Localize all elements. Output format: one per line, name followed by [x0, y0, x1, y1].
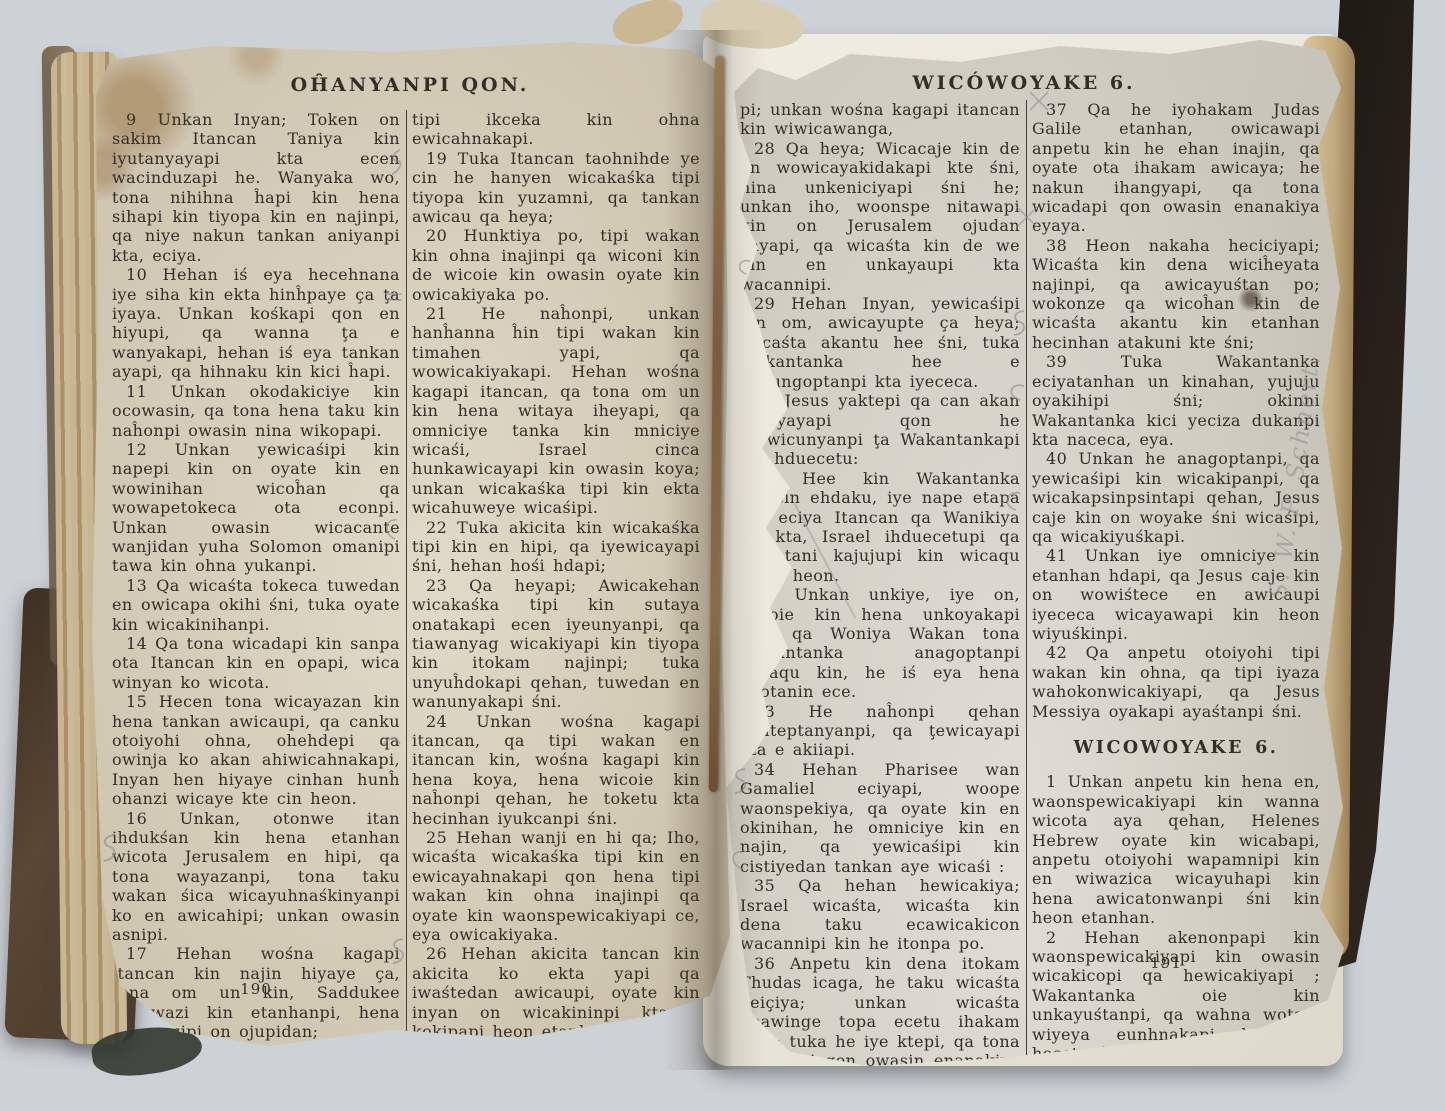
pencil-mark	[1000, 488, 1024, 514]
verse-paragraph: 22 Tuka akicita kin wicakaśka tipi kin e…	[412, 518, 700, 576]
verse-paragraph: 38 Heon nakaha heciciyapi; Wicaśta kin d…	[1032, 236, 1320, 352]
pencil-mark	[1004, 380, 1028, 404]
verse-paragraph: 21 He naĥonpi, unkan hanĥanna ĥin tipi w…	[412, 304, 700, 517]
left-page-column-1: 9 Unkan Inyan; Token on sakim Itancan Ta…	[112, 110, 400, 1080]
left-page-columns: 9 Unkan Inyan; Token on sakim Itancan Ta…	[112, 110, 700, 1080]
pencil-mark	[381, 732, 403, 756]
verse-paragraph: 15 Hecen tona wicayazan kin hena tankan …	[112, 692, 400, 808]
verse-paragraph: 16 Unkan, otonwe itan ihdukśan kin hena …	[112, 809, 400, 945]
verse-paragraph: 35 Qa hehan hewicakiya; Israel wicaśta, …	[740, 876, 1020, 954]
right-page-number: 191	[1022, 954, 1310, 972]
verse-paragraph: 23 Qa heyapi; Awicakehan wicakaśka tipi …	[412, 576, 700, 712]
verse-paragraph: 37 Qa he iyohakam Judas Galile etanhan, …	[1032, 100, 1320, 236]
right-page-columns: pi; unkan wośna kagapi itancan kin wiwic…	[740, 100, 1320, 1102]
pencil-mark	[1008, 308, 1030, 338]
verse-paragraph: 39 Tuka Wakantanka eciyatanhan un kinaha…	[1032, 352, 1320, 449]
verse-paragraph: 26 Hehan akicita tancan kin akicita ko e…	[412, 944, 700, 1041]
verse-paragraph: 11 Unkan okodakiciye kin ocowasin, qa to…	[112, 382, 400, 440]
verse-paragraph: 25 Hehan wanji en hi qa; Iho, wicaśta wi…	[412, 828, 700, 944]
verse-paragraph: 36 Anpetu kin dena itokam Thudas icaga, …	[740, 954, 1020, 1090]
chapter-heading: WICOWOYAKE 6.	[1032, 739, 1320, 758]
verse-paragraph: 34 Hehan Pharisee wan Gamaliel eciyapi, …	[740, 760, 1020, 876]
pencil-x-mark	[1014, 204, 1040, 230]
left-page-number: 190	[112, 980, 400, 998]
verse-paragraph: 29 Hehan Inyan, yewicaśipi kin om, awica…	[740, 294, 1020, 391]
right-page: WICÓWOYAKE 6. pi; unkan wośna kagapi ita…	[700, 28, 1348, 1070]
pencil-mark	[729, 766, 751, 796]
verse-paragraph: 20 Hunktiya po, tipi wakan kin ohna inaj…	[412, 226, 700, 304]
verse-paragraph: 19 Tuka Itancan taohnihde ye cin he hany…	[412, 149, 700, 227]
verse-paragraph: 3 Heon hunkawanjin unniyanpi enitanhanpi…	[1032, 1064, 1320, 1103]
column-divider	[406, 110, 407, 1080]
verse-paragraph: 14 Qa tona wicadapi kin sanpa ota Itanca…	[112, 634, 400, 692]
pencil-mark	[98, 832, 120, 864]
pencil-mark	[727, 848, 747, 872]
verse-paragraph: 28 Qa heya; Wicacaje kin de on wowicayak…	[740, 139, 1020, 294]
pencil-mark	[384, 288, 406, 308]
right-page-column-1: pi; unkan wośna kagapi itancan kin wiwic…	[740, 100, 1020, 1102]
verse-paragraph: 33 He naĥonpi qehan canteptanyanpi, qa ţ…	[740, 702, 1020, 760]
verse-paragraph: 10 Hehan iś eya hecehnana iye siha kin e…	[112, 265, 400, 381]
verse-paragraph: 9 Unkan Inyan; Token on sakim Itancan Ta…	[112, 110, 400, 265]
pencil-x-mark	[1026, 88, 1052, 114]
verse-paragraph: 12 Unkan yewicaśipi kin napepi kin on oy…	[112, 440, 400, 576]
column-divider	[1026, 100, 1027, 1102]
pencil-mark	[386, 148, 406, 176]
pencil-mark	[733, 256, 753, 278]
left-page: OĤANYANPI QON. 9 Unkan Inyan; Token on s…	[90, 36, 730, 1048]
pencil-mark	[381, 516, 401, 542]
left-running-head: OĤANYANPI QON.	[90, 74, 730, 96]
verse-paragraph: 27 En awicahipi qa omniciye kin wicacoka…	[412, 1042, 700, 1081]
verse-paragraph: 24 Unkan wośna kagapi itancan, qa tipi w…	[412, 712, 700, 828]
verse-paragraph: tipi ikceka kin ohna ewicahnakapi.	[412, 110, 700, 149]
verse-paragraph: pi; unkan wośna kagapi itancan kin wiwic…	[740, 100, 1020, 139]
pencil-mark	[387, 936, 409, 966]
left-page-column-2: tipi ikceka kin ohna ewicahnakapi.19 Tuk…	[412, 110, 700, 1080]
verse-paragraph: 1 Unkan anpetu kin hena en, waonspewicak…	[1032, 772, 1320, 927]
verse-paragraph: 13 Qa wicaśta tokeca tuwedan en owicapa …	[112, 576, 400, 634]
photo-backdrop: OĤANYANPI QON. 9 Unkan Inyan; Token on s…	[0, 0, 1445, 1111]
